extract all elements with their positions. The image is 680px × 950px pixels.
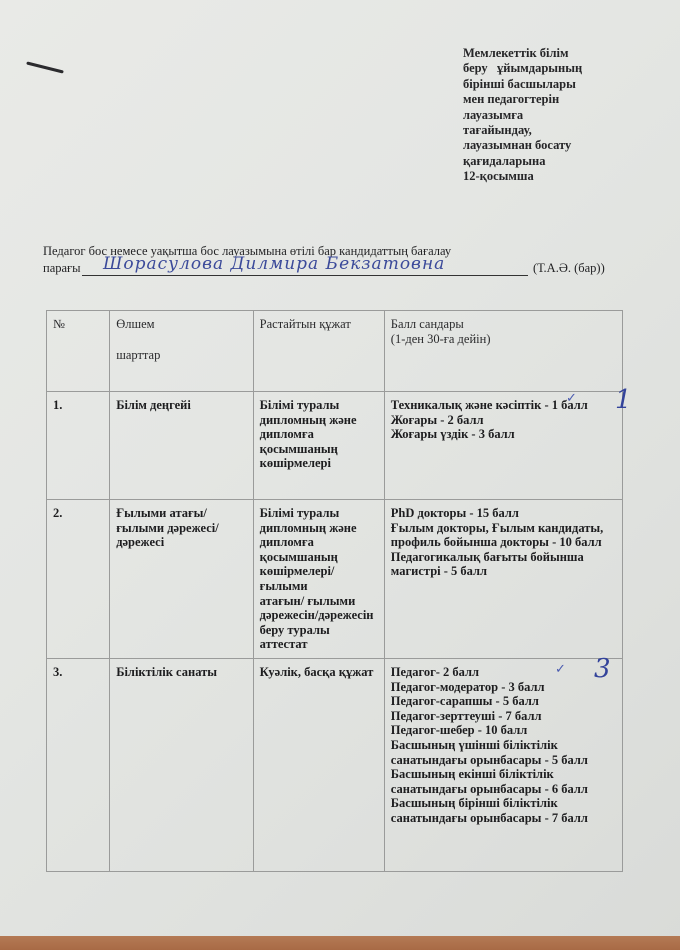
score-option: PhD докторы - 15 балл bbox=[391, 506, 616, 521]
table-row: 2. Ғылыми атағы/ ғылыми дәрежесі/ дәреже… bbox=[47, 500, 623, 659]
document-line: дәрежесін/дәрежесін bbox=[260, 608, 378, 623]
header-num: № bbox=[47, 311, 110, 392]
header-criteria-line1: Өлшем bbox=[116, 317, 246, 332]
header-document: Растайтын құжат bbox=[253, 311, 384, 392]
header-criteria-line2: шарттар bbox=[116, 348, 246, 363]
handwritten-score-row3: 3 bbox=[594, 654, 611, 684]
annex-line: 12-қосымша bbox=[463, 169, 643, 184]
document-line: қосымшаның bbox=[260, 442, 378, 457]
header-criteria: Өлшем шарттар bbox=[110, 311, 253, 392]
pen-stroke-mark bbox=[26, 61, 64, 73]
row-criteria: Білім деңгейі bbox=[110, 392, 253, 500]
document-line: Білімі туралы bbox=[260, 506, 378, 521]
score-option: Педагог- 2 балл bbox=[391, 665, 616, 680]
checkmark-icon: ✓ bbox=[555, 662, 566, 677]
score-option: магистрі - 5 балл bbox=[391, 564, 616, 579]
annex-line: қағидаларына bbox=[463, 154, 643, 169]
row-scores: Педагог- 2 балл Педагог-модератор - 3 ба… bbox=[384, 658, 622, 871]
row-criteria: Біліктілік санаты bbox=[110, 658, 253, 871]
table-row: 3. Біліктілік санаты Куәлік, басқа құжат… bbox=[47, 658, 623, 871]
document-line: қосымшаның bbox=[260, 550, 378, 565]
row-criteria: Ғылыми атағы/ ғылыми дәрежесі/ дәрежесі bbox=[110, 500, 253, 659]
evaluation-table: № Өлшем шарттар Растайтын құжат Балл сан… bbox=[46, 310, 623, 872]
document-line: атағын/ ғылыми bbox=[260, 594, 378, 609]
document-line: көшірмелері/ ғылыми bbox=[260, 564, 378, 593]
desk-surface bbox=[0, 936, 680, 950]
checkmark-icon: ✓ bbox=[566, 391, 577, 406]
annex-line: тағайындау, bbox=[463, 123, 643, 138]
row-document: Куәлік, басқа құжат bbox=[253, 658, 384, 871]
score-option: Педагог-зерттеуші - 7 балл bbox=[391, 709, 616, 724]
score-option: санатындағы орынбасары - 6 балл bbox=[391, 782, 616, 797]
row-scores: Техникалық және кәсіптік - 1 балл Жоғары… bbox=[384, 392, 622, 500]
annex-line: мен педагогтерін bbox=[463, 92, 643, 107]
score-option: Басшының екінші біліктілік bbox=[391, 767, 616, 782]
score-option: Педагог-шебер - 10 балл bbox=[391, 723, 616, 738]
annex-line: лауазымнан босату bbox=[463, 138, 643, 153]
score-option: профиль бойынша докторы - 10 балл bbox=[391, 535, 616, 550]
header-score: Балл сандары (1-ден 30-ға дейін) bbox=[384, 311, 622, 392]
score-option: Ғылым докторы, Ғылым кандидаты, bbox=[391, 521, 616, 536]
annex-line: лауазымға bbox=[463, 108, 643, 123]
document-line: беру туралы аттестат bbox=[260, 623, 378, 652]
name-underline bbox=[82, 274, 528, 276]
document-line: дипломның және bbox=[260, 521, 378, 536]
document-line: дипломға bbox=[260, 535, 378, 550]
criteria-line: Ғылыми атағы/ bbox=[116, 506, 246, 521]
handwritten-score-row1: 1 bbox=[615, 385, 632, 415]
header-score-line1: Балл сандары bbox=[391, 317, 616, 332]
row-num: 1. bbox=[47, 392, 110, 500]
criteria-line: дәрежесі bbox=[116, 535, 246, 550]
score-option: Педагог-модератор - 3 балл bbox=[391, 680, 616, 695]
score-option: Техникалық және кәсіптік - 1 балл bbox=[391, 398, 616, 413]
score-option: Педагог-сарапшы - 5 балл bbox=[391, 694, 616, 709]
header-score-line2: (1-ден 30-ға дейін) bbox=[391, 332, 616, 347]
score-option: Басшының үшінші біліктілік bbox=[391, 738, 616, 753]
fio-suffix: (Т.А.Ә. (бар)) bbox=[533, 260, 605, 277]
annex-line: беру ұйымдарының bbox=[463, 61, 643, 76]
score-option: Басшының бірінші біліктілік bbox=[391, 796, 616, 811]
document-line: дипломның және bbox=[260, 413, 378, 428]
annex-note: Мемлекеттік білім беру ұйымдарының бірін… bbox=[463, 46, 643, 185]
title-label: парағы bbox=[43, 260, 81, 277]
score-option: санатындағы орынбасары - 5 балл bbox=[391, 753, 616, 768]
row-num: 2. bbox=[47, 500, 110, 659]
criteria-line: ғылыми дәрежесі/ bbox=[116, 521, 246, 536]
document-line: дипломға bbox=[260, 427, 378, 442]
annex-line: Мемлекеттік білім bbox=[463, 46, 643, 61]
document-line: көшірмелері bbox=[260, 456, 378, 471]
table-row: 1. Білім деңгейі Білімі туралы дипломның… bbox=[47, 392, 623, 500]
score-option: санатындағы орынбасары - 7 балл bbox=[391, 811, 616, 826]
row-document: Білімі туралы дипломның және дипломға қо… bbox=[253, 392, 384, 500]
row-num: 3. bbox=[47, 658, 110, 871]
sheet-title: Педагог бос немесе уақытша бос лауазымын… bbox=[43, 243, 643, 278]
candidate-name-handwritten: Шорасулова Дилмира Бекзатовна bbox=[103, 256, 445, 273]
document-line: Білімі туралы bbox=[260, 398, 378, 413]
score-option: Жоғары - 2 балл bbox=[391, 413, 616, 428]
score-option: Педагогикалық бағыты бойынша bbox=[391, 550, 616, 565]
title-line-name: парағы Шорасулова Дилмира Бекзатовна (Т.… bbox=[43, 260, 643, 278]
annex-line: бірінші басшылары bbox=[463, 77, 643, 92]
row-document: Білімі туралы дипломның және дипломға қо… bbox=[253, 500, 384, 659]
score-option: Жоғары үздік - 3 балл bbox=[391, 427, 616, 442]
row-scores: PhD докторы - 15 балл Ғылым докторы, Ғыл… bbox=[384, 500, 622, 659]
table-header-row: № Өлшем шарттар Растайтын құжат Балл сан… bbox=[47, 311, 623, 392]
document-page: Мемлекеттік білім беру ұйымдарының бірін… bbox=[0, 0, 680, 935]
